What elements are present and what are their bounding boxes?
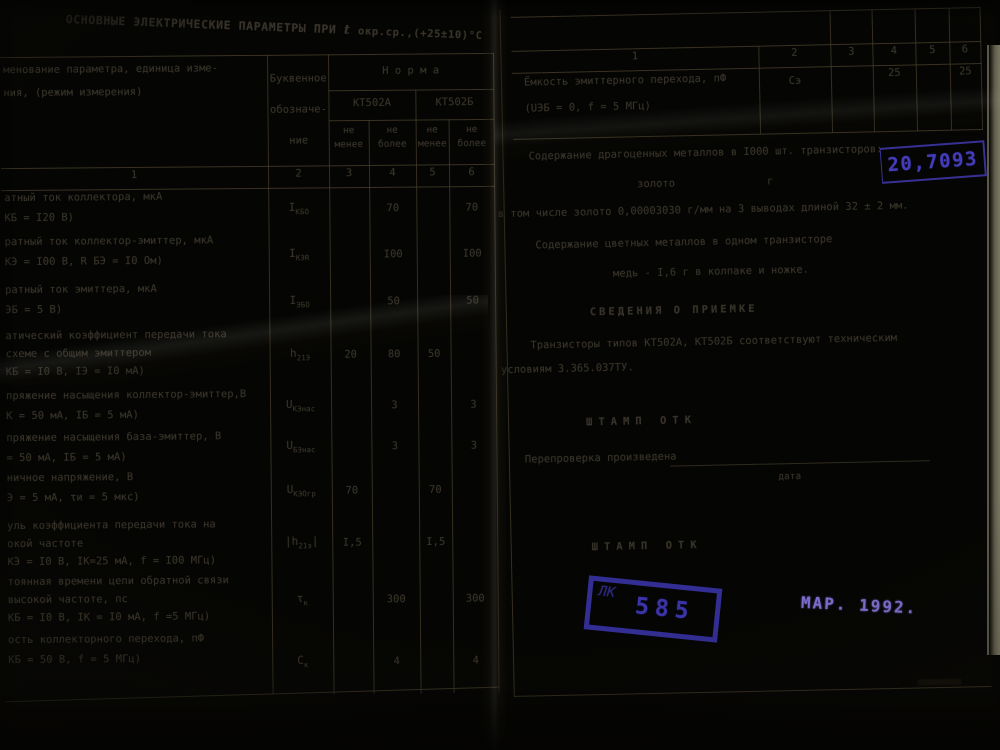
- left-page: ОСНОВНЫЕ ЭЛЕКТРИЧЕСКИЕ ПАРАМЕТРЫ ПРИ t о…: [0, 0, 490, 750]
- row-description-line: высокой частоте, пс: [8, 592, 270, 612]
- row-description: ратный ток эмиттера, мкАЭБ = 5 В): [5, 282, 267, 324]
- parameter-rows: атный ток коллектора, мкАКБ = I20 В)IКБО…: [1, 186, 499, 697]
- row-symbol-sub: КЭR: [296, 253, 310, 262]
- row-symbol: Ск: [272, 653, 333, 671]
- copper-line: медь - I,6 г в колпаке и ножке.: [613, 264, 809, 281]
- row-description-line: схеме с общим эмиттером: [6, 346, 268, 366]
- row-symbol: IКЭR: [269, 247, 330, 265]
- value-cell: 3: [371, 440, 418, 453]
- table-line: [830, 10, 834, 133]
- row-description-line: ничное напряжение, В: [7, 470, 269, 492]
- value-cell: 70: [449, 201, 494, 214]
- row-symbol-sub: к: [304, 660, 309, 669]
- parameter-row: пряжение насыщения коллектор-эмиттер,ВК …: [3, 384, 497, 430]
- row-symbol-sub: 21Э: [297, 353, 311, 362]
- header-norma-cell: Н о р м а: [328, 64, 493, 78]
- parameter-row: ничное напряжение, ВЭ = 5 мА, τи = 5 мкс…: [4, 466, 498, 518]
- nonferrous-line: Содержание цветных металлов в одном тран…: [535, 233, 832, 252]
- gold-label: золото: [637, 177, 675, 191]
- column-number: 4: [872, 44, 915, 58]
- row-description-line: окой частоте: [7, 536, 269, 556]
- acceptance-line2: условиям 3.365.037ТУ.: [501, 361, 634, 377]
- table-line: [328, 89, 494, 92]
- datasheet-photo: ОСНОВНЫЕ ЭЛЕКТРИЧЕСКИЕ ПАРАМЕТРЫ ПРИ t о…: [0, 0, 1000, 750]
- header-parameter-line2: ния, (режим измерения): [3, 85, 263, 110]
- row-description-line: пряжение насыщения коллектор-эмиттер,В: [6, 388, 268, 410]
- row-description: уль коэффициента передачи тока наокой ча…: [7, 518, 269, 574]
- value-cell: 80: [371, 348, 418, 361]
- value-cell: 70: [369, 202, 416, 215]
- recheck-label: Перепроверка произведена: [525, 450, 677, 466]
- value-cell: 50: [450, 294, 495, 307]
- page-title-t: t: [344, 23, 351, 38]
- acceptance-line1: Транзисторы типов КТ502А, КТ502Б соответ…: [530, 332, 897, 353]
- row-symbol-sub: КБО: [295, 207, 309, 216]
- row-description-line: ость коллекторного перехода, пФ: [8, 632, 270, 654]
- header-type-b: КТ502Б: [415, 96, 493, 110]
- column-number: 3: [830, 45, 872, 59]
- row-description-line: атический коэффициент передачи тока: [5, 328, 267, 348]
- header-parameter-cell: менование параметра, единица изме- ния, …: [3, 62, 263, 110]
- row-symbol: τк: [272, 592, 333, 610]
- row-symbol-sub: ЭБО: [296, 300, 310, 309]
- row-description-line: Э = 5 мА, τи = 5 мкс): [7, 490, 269, 512]
- column-number: 2: [268, 167, 329, 181]
- page-title: ОСНОВНЫЕ ЭЛЕКТРИЧЕСКИЕ ПАРАМЕТРЫ ПРИ t о…: [65, 13, 495, 43]
- row-symbol-sub: КЭОгр: [293, 489, 316, 498]
- column-number: 1: [104, 169, 164, 183]
- value-cell: 25: [950, 65, 981, 79]
- row-description-line: КБ = I20 В): [4, 210, 266, 232]
- lk-585-stamp: ЛК 585: [584, 575, 723, 642]
- parameter-row: пряжение насыщения база-эмиттер, В= 50 м…: [3, 426, 497, 470]
- paper-edge-highlight: [987, 45, 1000, 655]
- table-line: [511, 7, 981, 18]
- value-cell: 70: [419, 484, 452, 497]
- row-description-line: КЭ = I00 В, R БЭ = I0 Ом): [5, 254, 267, 276]
- value-cell: 3: [451, 439, 496, 452]
- value-cell: 300: [453, 592, 498, 605]
- value-cell: 4: [373, 655, 420, 668]
- emitter-capacitance-table: 1 2 3 4 5 6 Ёмкость эмиттерного перехода…: [511, 7, 983, 140]
- date-stamp: МАР. 1992.: [801, 593, 918, 618]
- date-caption: дата: [778, 470, 801, 483]
- precious-metals-line: Содержание драгоценных металлов в I000 ш…: [528, 143, 882, 163]
- row-symbol: h21Э: [270, 347, 331, 365]
- value-cell: 70: [332, 484, 372, 497]
- page-title-suffix: окр.ср.,(+25±10)°С: [358, 25, 483, 42]
- row-description-line: ЭБ = 5 В): [5, 302, 267, 324]
- right-page: 1 2 3 4 5 6 Ёмкость эмиттерного перехода…: [485, 0, 1000, 750]
- value-cell: I00: [450, 247, 495, 260]
- row-symbol-sub: КЭнас: [293, 404, 316, 413]
- row-symbol-sub: БЭнас: [293, 445, 316, 454]
- header-limit-cell: не более: [370, 124, 415, 152]
- column-number: 5: [416, 166, 449, 179]
- row-symbol: UБЭнас: [270, 439, 331, 457]
- gold-amount-value: 20,7093: [887, 148, 979, 177]
- row-description: атический коэффициент передачи токасхеме…: [5, 328, 267, 384]
- value-cell: 300: [373, 593, 420, 606]
- value-cell: 4: [453, 654, 498, 667]
- header-symbol-line2: обозначе-: [268, 103, 328, 135]
- row-symbol-sub: 21э: [298, 541, 312, 550]
- value-cell: 50: [370, 295, 417, 308]
- row-description: ратный ток коллектор-эмиттер, мкАКЭ = I0…: [5, 234, 267, 276]
- row-description-line: уль коэффициента передачи тока на: [7, 518, 269, 538]
- row-description-line: КБ = I0 В, IЭ = I0 мА): [6, 364, 268, 384]
- row-symbol: IЭБО: [269, 294, 330, 312]
- row-description-line: КБ = I0 В, IК = I0 мА, f =5 МГц): [8, 610, 270, 630]
- otk-stamp-label-top: ШТАМП ОТК: [586, 414, 697, 429]
- row-description-line: тоянная времени цепи обратной связи: [8, 574, 270, 594]
- row-description: атный ток коллектора, мкАКБ = I20 В): [4, 190, 266, 232]
- parameter-row: уль коэффициента передачи тока наокой ча…: [4, 514, 498, 574]
- column-number: 3: [329, 167, 369, 180]
- header-limit-cell: не менее: [330, 124, 368, 152]
- table-line: [329, 119, 495, 122]
- value-cell: I,5: [419, 536, 452, 549]
- row-description-line: ратный ток коллектор-эмиттер, мкА: [5, 234, 267, 256]
- column-number: 2: [758, 46, 830, 61]
- row-description-line: К = 50 мА, IБ = 5 мА): [6, 408, 268, 430]
- value-cell: 20: [331, 348, 371, 361]
- row-symbol: UКЭОгр: [271, 483, 332, 501]
- row-description-line: пряжение насыщения база-эмиттер, В: [6, 430, 268, 452]
- row-description-line: КЭ = I0 В, IК=25 мА, f = I00 МГц): [7, 554, 269, 574]
- gold-detail-line: в том числе золото 0,00003030 г/мм на 3 …: [498, 200, 909, 222]
- header-parameter-line1: менование параметра, единица изме-: [3, 62, 263, 87]
- row-symbol: Сэ: [759, 74, 831, 89]
- column-number: 6: [449, 166, 494, 179]
- value-cell: 3: [371, 399, 418, 412]
- parameter-row: атический коэффициент передачи токасхеме…: [2, 324, 497, 388]
- page-frame-line: [514, 686, 992, 697]
- parameter-row: тоянная времени цепи обратной связивысок…: [5, 570, 499, 632]
- row-description-line: КБ = 50 В, f = 5 МГц): [8, 652, 270, 674]
- column-number: 6: [949, 43, 980, 57]
- row-symbol: |h21э|: [271, 535, 332, 553]
- value-cell: I,5: [332, 536, 372, 549]
- row-description: тоянная времени цепи обратной связивысок…: [8, 574, 270, 630]
- parameter-row: атный ток коллектора, мкАКБ = I20 В)IКБО…: [1, 186, 495, 234]
- table-line: [0, 53, 494, 59]
- header-symbol-line3: ние: [269, 134, 329, 166]
- column-number: 4: [369, 167, 416, 180]
- row-description: Ёмкость эмиттерного перехода, пФ: [524, 72, 727, 89]
- parameter-row: ратный ток эмиттера, мкАЭБ = 5 В)IЭБО505…: [2, 278, 496, 328]
- parameter-row: ратный ток коллектор-эмиттер, мкАКЭ = I0…: [2, 230, 496, 282]
- row-description: пряжение насыщения база-эмиттер, В= 50 м…: [6, 430, 268, 472]
- header-type-a: КТ502А: [328, 97, 415, 111]
- value-cell: 3: [451, 398, 496, 411]
- acceptance-title: СВЕДЕНИЯ О ПРИЕМКЕ: [590, 303, 758, 320]
- row-description-line: атный ток коллектора, мкА: [4, 190, 266, 212]
- page-title-prefix: ОСНОВНЫЕ ЭЛЕКТРИЧЕСКИЕ ПАРАМЕТРЫ ПРИ: [66, 12, 337, 36]
- row-symbol: IКБО: [268, 201, 329, 219]
- gold-amount-stamp: 20,7093: [880, 140, 987, 184]
- row-symbol: UКЭнас: [270, 398, 331, 416]
- header-symbol-line1: Буквенное: [268, 72, 328, 104]
- row-symbol-post: |: [312, 535, 319, 548]
- row-description: ость коллекторного перехода, пФКБ = 50 В…: [8, 632, 270, 674]
- main-parameters-table: менование параметра, единица изме- ния, …: [0, 53, 501, 698]
- row-symbol-sub: к: [303, 598, 308, 607]
- row-description: пряжение насыщения коллектор-эмиттер,ВК …: [6, 388, 268, 430]
- row-description: ничное напряжение, ВЭ = 5 мА, τи = 5 мкс…: [7, 470, 269, 512]
- header-limit-cell: не менее: [416, 123, 449, 151]
- recheck-underline: [670, 460, 930, 467]
- value-cell: 25: [873, 66, 916, 80]
- lk-stamp-prefix: ЛК: [598, 583, 616, 601]
- column-number: 5: [915, 44, 949, 58]
- value-cell: 50: [418, 348, 451, 361]
- row-description-line: ратный ток эмиттера, мкА: [5, 282, 267, 304]
- parameter-row: ость коллекторного перехода, пФКБ = 50 В…: [5, 628, 500, 697]
- value-cell: I00: [370, 248, 417, 261]
- otk-stamp-label-bottom: ШТАМП ОТК: [592, 539, 703, 554]
- table-line: [513, 129, 983, 140]
- gold-unit: г: [767, 175, 774, 188]
- header-symbol-cell: Буквенное обозначе- ние: [268, 72, 329, 166]
- row-description: (UЭБ = 0, f = 5 МГц): [524, 100, 651, 116]
- lk-stamp-number: 585: [634, 593, 696, 625]
- fine-print-mark: [918, 679, 962, 686]
